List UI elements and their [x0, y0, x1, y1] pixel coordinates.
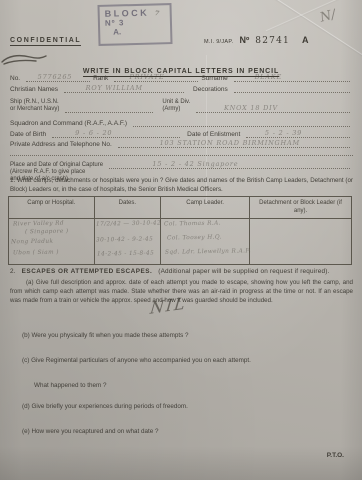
row-address: Private Address and Telephone No. 103 ST…	[10, 138, 353, 148]
squadron-label: Squadron and Command (R.A.F., A.A.F.)	[10, 120, 130, 127]
surname-field: BLAKE	[234, 74, 350, 82]
header-block-leader: Detachment or Block Leader (if any).	[250, 197, 351, 218]
confidential-label: CONFIDENTIAL	[10, 37, 81, 46]
please-turn-over-label: P.T.O.	[327, 452, 344, 459]
surname-label: Surname	[201, 75, 230, 82]
unit-div-field: KNOX 18 DIV	[196, 105, 350, 113]
question-1-text: 1. What camps, detachments or hospitals …	[10, 177, 353, 195]
camps-table: Camp or Hospital. Dates. Camp Leader. De…	[8, 196, 352, 265]
camp-entry: ( Singapore )	[25, 229, 69, 236]
reference-no-label: Nº	[240, 35, 250, 45]
camp-column: River Valley Rd ( Singapore ) Nong Pladu…	[9, 219, 95, 264]
no-field: 5776265	[26, 74, 90, 82]
block-number-stamp: BLOCK Nº 3 A. 7	[97, 3, 172, 46]
camp-leader-column: Col. Thomas R.A. Col. Toosey H.Q. Sqd. L…	[161, 219, 250, 264]
leader-entry: Col. Toosey H.Q.	[167, 235, 222, 242]
date-of-birth-label: Date of Birth	[10, 131, 49, 138]
dates-entry: 30-10-42 - 9-2-45	[95, 237, 152, 244]
header-camp-or-hospital: Camp or Hospital.	[9, 197, 95, 218]
camp-entry: River Valley Rd	[13, 221, 64, 228]
capture-field: 15 - 2 - 42 Singapore	[109, 162, 350, 169]
question-2e-text: (e) How were you recaptured and on what …	[22, 428, 353, 435]
ship-field	[65, 105, 153, 113]
row-birth-enlistment: Date of Birth 9 - 6 - 20 Date of Enlistm…	[10, 127, 353, 138]
camps-table-header: Camp or Hospital. Dates. Camp Leader. De…	[9, 197, 351, 219]
date-of-enlistment-label: Date of Enlistment	[183, 131, 243, 138]
unit-div-label: Unit & Div. (Army)	[156, 99, 193, 113]
no-label: No.	[10, 75, 23, 82]
camp-entry: Ubon ( Siam )	[13, 250, 59, 257]
camp-entry: Nong Pladuk	[11, 239, 54, 246]
private-address-label: Private Address and Telephone No.	[10, 141, 115, 148]
rank-field: PRIVATE	[114, 74, 198, 82]
dates-column: 17/2/42 — 30-10-42 30-10-42 - 9-2-45 14-…	[95, 219, 162, 264]
paper-crease	[271, 0, 362, 62]
handwritten-nil-mark: NIL	[149, 293, 188, 318]
question-2-heading-note: (Additional paper will be supplied on re…	[158, 268, 329, 275]
block-leader-column	[250, 219, 351, 264]
pow-liberation-questionnaire-form: BLOCK Nº 3 A. 7 CONFIDENTIAL M.I. 9/JAP.…	[0, 0, 362, 480]
christian-names-label: Christian Names	[10, 86, 61, 93]
leader-entry: Col. Thomas R.A.	[164, 221, 221, 228]
ship-label: Ship (R.N., U.S.N. or Merchant Navy)	[10, 99, 62, 113]
question-2d-text: (d) Give briefly your experiences during…	[22, 403, 353, 410]
camps-table-body: River Valley Rd ( Singapore ) Nong Pladu…	[9, 219, 351, 264]
date-of-birth-field: 9 - 6 - 20	[52, 130, 180, 138]
row-squadron: Squadron and Command (R.A.F., A.A.F.)	[10, 117, 353, 127]
pencil-corner-mark: N/	[319, 7, 338, 25]
squadron-field	[133, 119, 350, 127]
row-number-rank-surname: No. 5776265 Rank PRIVATE Surname BLAKE	[10, 71, 353, 82]
decorations-field	[234, 85, 350, 93]
question-2b-text: (b) Were you physically fit when you mad…	[22, 332, 353, 339]
address-continuation-line	[10, 148, 353, 156]
dates-entry: 14-2-45 - 15-8-45	[96, 251, 153, 258]
header-camp-leader: Camp Leader.	[161, 197, 250, 218]
row-christian-decorations: Christian Names ROY WILLIAM Decorations	[10, 82, 353, 93]
handwritten-block-number: 7	[154, 9, 160, 18]
question-2-heading: 2. ESCAPES OR ATTEMPTED ESCAPES. (Additi…	[10, 268, 353, 275]
leader-entry: Sqd. Ldr. Llewellyn R.A.F.	[165, 248, 251, 256]
form-reference-line: M.I. 9/JAP. Nº 82741 A	[204, 35, 308, 46]
date-of-enlistment-field: 5 - 2 - 39	[246, 130, 350, 138]
dates-entry: 17/2/42 — 30-10-42	[95, 220, 160, 227]
question-2-heading-bold: ESCAPES OR ATTEMPTED ESCAPES.	[22, 268, 153, 275]
identity-fields: No. 5776265 Rank PRIVATE Surname BLAKE C…	[10, 71, 353, 182]
reference-number: 82741	[255, 36, 290, 46]
reference-series-letter: A	[302, 35, 309, 45]
christian-names-field: ROY WILLIAM	[64, 85, 184, 93]
private-address-field: 103 STATION ROAD BIRMINGHAM	[118, 140, 350, 148]
decorations-label: Decorations	[187, 86, 231, 93]
question-2c-text: (c) Give Regimental particulars of anyon…	[22, 357, 353, 364]
stamp-letter-line: A.	[105, 26, 165, 37]
header-dates: Dates.	[95, 197, 162, 218]
question-2c-followup-text: What happened to them ?	[34, 382, 353, 389]
row-ship-unit: Ship (R.N., U.S.N. or Merchant Navy) Uni…	[10, 97, 353, 113]
reference-prefix: M.I. 9/JAP.	[204, 39, 234, 45]
rank-label: Rank	[93, 75, 111, 82]
